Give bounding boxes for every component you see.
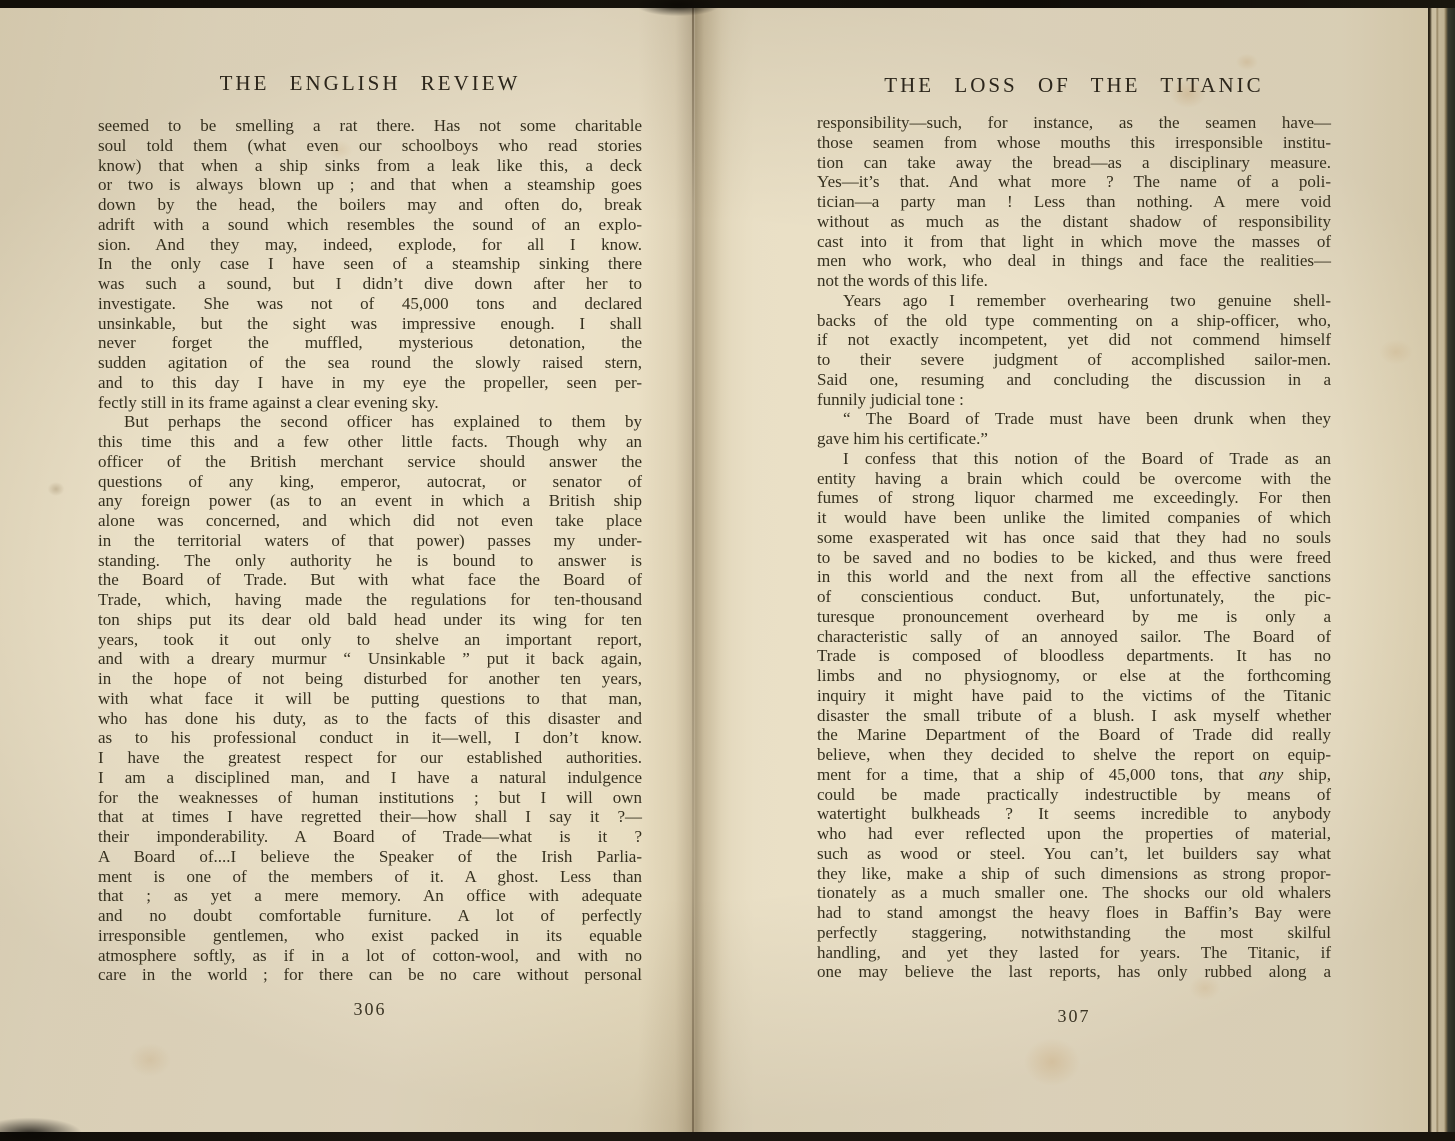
text-line: the Board of Trade. But with what face t… bbox=[98, 570, 642, 590]
text-line: A Board of....I believe the Speaker of t… bbox=[98, 847, 642, 867]
text-line: the Marine Department of the Board of Tr… bbox=[817, 725, 1331, 745]
text-line: as to his professional conduct in it—wel… bbox=[98, 728, 642, 748]
text-line: atmosphere softly, as if in a lot of cot… bbox=[98, 946, 642, 966]
text-line: “ The Board of Trade must have been drun… bbox=[817, 409, 1331, 429]
text-line: their imponderability. A Board of Trade—… bbox=[98, 827, 642, 847]
text-line: or two is always blown up ; and that whe… bbox=[98, 175, 642, 195]
text-line: Yes—it’s that. And what more ? The name … bbox=[817, 172, 1331, 192]
text-line: those seamen from whose mouths this irre… bbox=[817, 133, 1331, 153]
text-line: down by the head, the boilers may and of… bbox=[98, 195, 642, 215]
text-line: could be made practically indestructible… bbox=[817, 785, 1331, 805]
text-line: to their severe judgment of accomplished… bbox=[817, 350, 1331, 370]
text-line: entity having a brain which could be ove… bbox=[817, 469, 1331, 489]
text-line: to be saved and no bodies to be kicked, … bbox=[817, 548, 1331, 568]
text-line: backs of the old type commenting on a sh… bbox=[817, 311, 1331, 331]
text-line: soul told them (what even our schoolboys… bbox=[98, 136, 642, 156]
text-line: standing. The only authority he is bound… bbox=[98, 551, 642, 571]
text-line: perfectly staggering, notwithstanding th… bbox=[817, 923, 1331, 943]
text-line: But perhaps the second officer has expla… bbox=[98, 412, 642, 432]
text-line: gave him his certificate.” bbox=[817, 429, 1331, 449]
text-line: I have the greatest respect for our esta… bbox=[98, 748, 642, 768]
text-line: without as much as the distant shadow of… bbox=[817, 212, 1331, 232]
text-line: know) that when a ship sinks from a leak… bbox=[98, 156, 642, 176]
text-line: and no doubt comfortable furniture. A lo… bbox=[98, 906, 642, 926]
text-line: fectly still in its frame against a clea… bbox=[98, 393, 642, 413]
text-line: I am a disciplined man, and I have a nat… bbox=[98, 768, 642, 788]
text-line: alone was concerned, and which did not e… bbox=[98, 511, 642, 531]
text-line: ment for a time, that a ship of 45,000 t… bbox=[817, 765, 1331, 785]
page-body-left: seemed to be smelling a rat there. Has n… bbox=[98, 116, 642, 985]
text-line: limbs and no physiognomy, or else at the… bbox=[817, 666, 1331, 686]
text-line: adrift with a sound which resembles the … bbox=[98, 215, 642, 235]
text-line: one may believe the last reports, has on… bbox=[817, 962, 1331, 982]
text-line: officer of the British merchant service … bbox=[98, 452, 642, 472]
text-line: men who work, who deal in things and fac… bbox=[817, 251, 1331, 271]
text-line: who has done his duty, as to the facts o… bbox=[98, 709, 642, 729]
text-line: and to this day I have in my eye the pro… bbox=[98, 373, 642, 393]
text-line: seemed to be smelling a rat there. Has n… bbox=[98, 116, 642, 136]
text-line: fumes of strong liquor charmed me exceed… bbox=[817, 488, 1331, 508]
text-line: irresponsible gentlemen, who exist packe… bbox=[98, 926, 642, 946]
text-line: funnily judicial tone : bbox=[817, 390, 1331, 410]
running-header-right: THE LOSS OF THE TITANIC bbox=[817, 73, 1331, 98]
text-line: believe, when they decided to shelve the… bbox=[817, 745, 1331, 765]
text-line: inquiry it might have paid to the victim… bbox=[817, 686, 1331, 706]
fore-edge-page-stack bbox=[1428, 0, 1455, 1141]
text-line: they like, make a ship of such dimension… bbox=[817, 864, 1331, 884]
text-line: Years ago I remember overhearing two gen… bbox=[817, 291, 1331, 311]
text-line: Trade, which, having made the regulation… bbox=[98, 590, 642, 610]
text-line: and with a dreary murmur “ Unsinkable ” … bbox=[98, 649, 642, 669]
text-line: it would have been unlike the limited co… bbox=[817, 508, 1331, 528]
page-number-right: 307 bbox=[817, 1006, 1331, 1027]
text-line: with what face it will be putting questi… bbox=[98, 689, 642, 709]
text-line: of conscientious conduct. But, unfortuna… bbox=[817, 587, 1331, 607]
text-line: was such a sound, but I didn’t dive down… bbox=[98, 274, 642, 294]
text-line: some exasperated wit has once said that … bbox=[817, 528, 1331, 548]
text-line: ton ships put its dear old bald head und… bbox=[98, 610, 642, 630]
text-line: In the only case I have seen of a steams… bbox=[98, 254, 642, 274]
text-line: characteristic sally of an annoyed sailo… bbox=[817, 627, 1331, 647]
text-line: for the weaknesses of human institutions… bbox=[98, 788, 642, 808]
text-line: years, took it out only to shelve an imp… bbox=[98, 630, 642, 650]
text-line: ment is one of the members of it. A ghos… bbox=[98, 867, 642, 887]
text-line: any foreign power (as to an event in whi… bbox=[98, 491, 642, 511]
text-line: sudden agitation of the sea round the sl… bbox=[98, 353, 642, 373]
book-spread: THE ENGLISH REVIEW THE LOSS OF THE TITAN… bbox=[0, 0, 1455, 1141]
text-line: tician—a party man ! Less than nothing. … bbox=[817, 192, 1331, 212]
text-line: that at times I have regretted their—how… bbox=[98, 807, 642, 827]
text-line: turesque pronouncement overheard by me i… bbox=[817, 607, 1331, 627]
text-line: disaster the small tribute of a blush. I… bbox=[817, 706, 1331, 726]
book-top-edge bbox=[0, 0, 1455, 8]
text-line: unsinkable, but the sight was impressive… bbox=[98, 314, 642, 334]
page-body-right: responsibility—such, for instance, as th… bbox=[817, 113, 1331, 982]
text-line: such as wood or steel. You can’t, let bu… bbox=[817, 844, 1331, 864]
text-line: sion. And they may, indeed, explode, for… bbox=[98, 235, 642, 255]
text-line: if not exactly incompetent, yet did not … bbox=[817, 330, 1331, 350]
text-line: Said one, resuming and concluding the di… bbox=[817, 370, 1331, 390]
text-line: never forget the muffled, mysterious det… bbox=[98, 333, 642, 353]
text-line: who had ever reflected upon the properti… bbox=[817, 824, 1331, 844]
page-number-left: 306 bbox=[98, 999, 642, 1020]
text-line: not the words of this life. bbox=[817, 271, 1331, 291]
text-line: handling, and yet they lasted for years.… bbox=[817, 943, 1331, 963]
text-line: I confess that this notion of the Board … bbox=[817, 449, 1331, 469]
text-line: that ; as yet a mere memory. An office w… bbox=[98, 886, 642, 906]
text-line: in this world and the next from all the … bbox=[817, 567, 1331, 587]
text-line: tion can take away the bread—as a discip… bbox=[817, 153, 1331, 173]
text-line: questions of any king, emperor, autocrat… bbox=[98, 472, 642, 492]
text-line: responsibility—such, for instance, as th… bbox=[817, 113, 1331, 133]
text-line: care in the world ; for there can be no … bbox=[98, 965, 642, 985]
book-bottom-edge bbox=[0, 1132, 1455, 1141]
text-line: in the territorial waters of that power)… bbox=[98, 531, 642, 551]
text-line: this time this and a few other little fa… bbox=[98, 432, 642, 452]
text-line: in the hope of not being disturbed for a… bbox=[98, 669, 642, 689]
text-line: investigate. She was not of 45,000 tons … bbox=[98, 294, 642, 314]
text-line: watertight bulkheads ? It seems incredib… bbox=[817, 804, 1331, 824]
text-line: Trade is composed of bloodless departmen… bbox=[817, 646, 1331, 666]
running-header-left: THE ENGLISH REVIEW bbox=[98, 71, 642, 96]
text-line: had to stand amongst the heavy floes in … bbox=[817, 903, 1331, 923]
text-line: tionately as a much smaller one. The sho… bbox=[817, 883, 1331, 903]
text-line: cast into it from that light in which mo… bbox=[817, 232, 1331, 252]
